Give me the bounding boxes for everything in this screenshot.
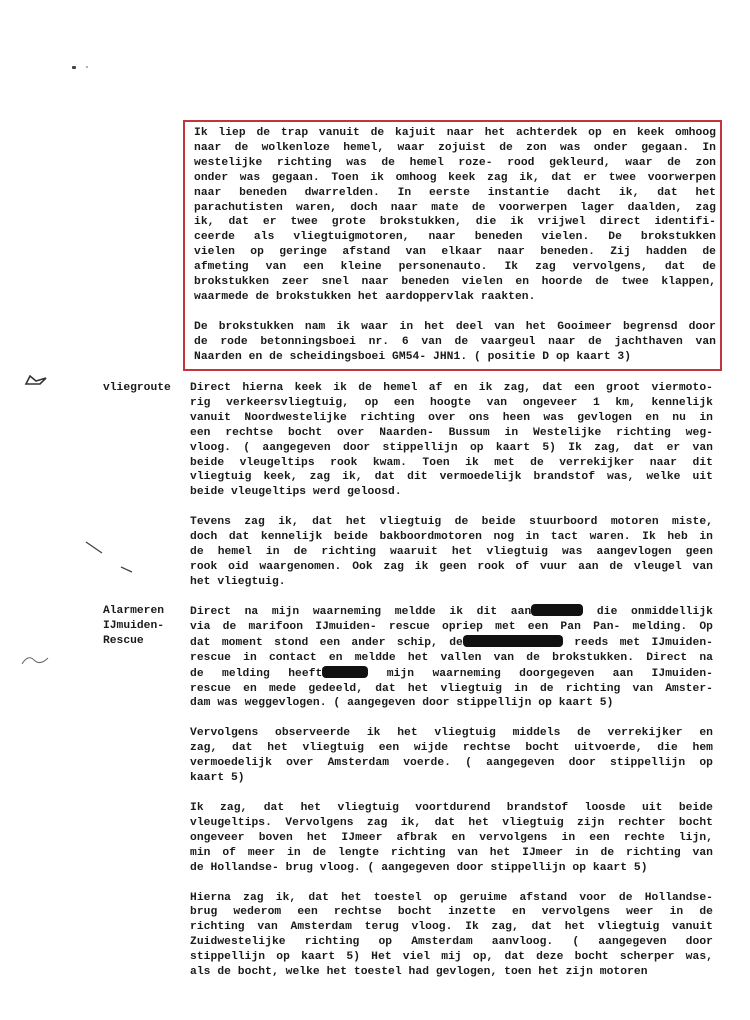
text-line: ik, dat er twee grote brokstukken, die i… <box>194 215 716 230</box>
text-line: Zuidwestelijke richting op Amsterdam aan… <box>190 935 713 950</box>
text-line: vielen op geringe afstand van elkaar naa… <box>194 245 716 260</box>
scan-speck <box>72 66 76 69</box>
text-line: via de marifoon IJmuiden- rescue opriep … <box>190 620 713 635</box>
text-line: rescue in contact en meldde het vallen v… <box>190 651 713 666</box>
paragraph-debris-location: De brokstukken nam ik waar in het deel v… <box>194 320 716 365</box>
text-line: als de bocht, welke het toestel had gevl… <box>190 965 713 980</box>
text-line: vleugeltips. Vervolgens zag ik, dat het … <box>190 816 713 831</box>
text-line: Naarden en de scheidingsboei GM54- JHN1.… <box>194 350 716 365</box>
text-line: parachutisten waren, doch naar mate de v… <box>194 201 716 216</box>
paragraph-observation-binoculars: Vervolgens observeerde ik het vliegtuig … <box>190 726 713 786</box>
paragraph-missing-engines: Tevens zag ik, dat het vliegtuig de beid… <box>190 515 713 590</box>
text-line: Direct hierna keek ik de hemel af en ik … <box>190 381 713 396</box>
margin-stroke-icon <box>84 540 104 556</box>
text-line: De brokstukken nam ik waar in het deel v… <box>194 320 716 335</box>
text-line: het vliegtuig. <box>190 575 713 590</box>
label-line: Rescue <box>103 634 183 649</box>
text-line: ongeveer boven het IJmeer afbrak en verv… <box>190 831 713 846</box>
text-segment: mijn waarneming doorgegeven aan IJmuiden… <box>368 668 713 680</box>
label-line: vliegroute <box>103 381 183 396</box>
section-label-vliegroute: vliegroute <box>103 381 183 396</box>
text-line: Vervolgens observeerde ik het vliegtuig … <box>190 726 713 741</box>
text-line: afmeting van een kleine personenauto. Ik… <box>194 260 716 275</box>
text-line: rescue en mede gedeeld, dat het vliegtui… <box>190 682 713 697</box>
paragraph-debris-sighting: Ik liep de trap vanuit de kajuit naar he… <box>194 126 716 305</box>
text-line: de Hollandse- brug vloog. ( aangegeven d… <box>190 861 713 876</box>
redaction-block <box>322 666 368 678</box>
text-line: onder was gegaan. Toen ik omhoog keek za… <box>194 171 716 186</box>
text-line: Ik zag, dat het vliegtuig voortdurend br… <box>190 801 713 816</box>
text-segment: dat moment stond een ander schip, de <box>190 637 463 649</box>
text-line: Tevens zag ik, dat het vliegtuig de beid… <box>190 515 713 530</box>
section-label-alarmeren: AlarmerenIJmuiden-Rescue <box>103 604 183 649</box>
label-line: Alarmeren <box>103 604 183 619</box>
text-segment: de melding heeft <box>190 668 322 680</box>
label-line: IJmuiden- <box>103 619 183 634</box>
text-line: ceerde als vliegtuigmotoren, naar benede… <box>194 230 716 245</box>
document-page: Ik liep de trap vanuit de kajuit naar he… <box>0 0 750 1020</box>
paragraph-alarm-report: Direct na mijn waarneming meldde ik dit … <box>190 604 713 711</box>
text-line: naar de wolkenloze hemel, waar zojuist d… <box>194 141 716 156</box>
paragraph-return-turn: Hierna zag ik, dat het toestel op geruim… <box>190 891 713 980</box>
text-line: brokstukken zeer snel naar beneden viele… <box>194 275 716 290</box>
highlighted-passage-box: Ik liep de trap vanuit de kajuit naar he… <box>183 120 722 371</box>
margin-mark-icon <box>24 372 50 388</box>
text-line: beide vleugeltips rook kwam. Toen ik met… <box>190 456 713 471</box>
text-line: vloog. ( aangegeven door stippellijn op … <box>190 441 713 456</box>
redaction-block <box>463 635 563 647</box>
text-line: de rode betonningsboei nr. 6 van de vaar… <box>194 335 716 350</box>
text-line: kaart 5) <box>190 771 713 786</box>
text-line: rook oid waargenomen. Ook zag ik geen ro… <box>190 560 713 575</box>
text-line: naar beneden dwarrelden. In eerste insta… <box>194 186 716 201</box>
text-line: Hierna zag ik, dat het toestel op geruim… <box>190 891 713 906</box>
redaction-block <box>531 604 583 616</box>
text-line: zag, dat het vliegtuig een wijde rechtse… <box>190 741 713 756</box>
text-line: vanuit Noordwestelijke richting over ons… <box>190 411 713 426</box>
text-line: beide vleugeltips werd geloosd. <box>190 485 713 500</box>
text-line: de hemel in de richting waaruit het vlie… <box>190 545 713 560</box>
scan-speck <box>86 66 88 68</box>
paragraph-fuel-dumping: Ik zag, dat het vliegtuig voortdurend br… <box>190 801 713 876</box>
text-line: stippellijn op kaart 5) Het viel mij op,… <box>190 950 713 965</box>
text-line: richting van Amsterdam terug vloog. Ik z… <box>190 920 713 935</box>
text-line: dam was weggevlogen. ( aangegeven door s… <box>190 696 713 711</box>
text-line: doch dat kennelijk beide bakboordmotoren… <box>190 530 713 545</box>
text-line: waarmede de brokstukken het aardoppervla… <box>194 290 716 305</box>
text-line: vliegtuig keek, zag ik, dat dit vermoede… <box>190 470 713 485</box>
text-line: een rechtse bocht over Naarden- Bussum i… <box>190 426 713 441</box>
text-line: Ik liep de trap vanuit de kajuit naar he… <box>194 126 716 141</box>
paragraph-flight-route: Direct hierna keek ik de hemel af en ik … <box>190 381 713 500</box>
text-segment: reeds met IJmuiden- <box>563 637 713 649</box>
text-line: min of meer in de lengte richting van he… <box>190 846 713 861</box>
text-segment: Direct na mijn waarneming meldde ik dit … <box>190 606 531 618</box>
margin-squiggle-icon <box>20 652 50 668</box>
text-line: brug wederom een rechtse bocht inzette e… <box>190 905 713 920</box>
text-line: westelijke richting was de hemel roze- r… <box>194 156 716 171</box>
text-segment: die onmiddellijk <box>583 606 713 618</box>
text-line: vermoedelijk over Amsterdam voerde. ( aa… <box>190 756 713 771</box>
text-line: rig verkeersvliegtuig, op een hoogte van… <box>190 396 713 411</box>
margin-stroke-icon <box>120 566 134 574</box>
